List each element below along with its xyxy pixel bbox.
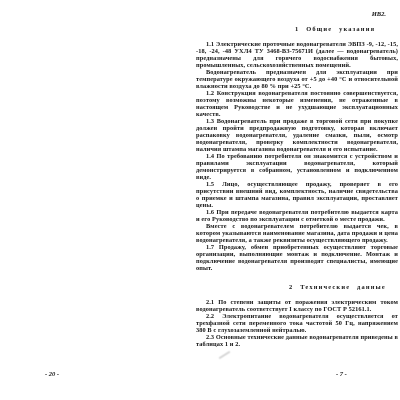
paragraph-1-3: 1.3 Водонагреватель при продаже в торгов…: [196, 118, 398, 153]
left-page-number: - 20 -: [45, 371, 59, 378]
paragraph-1-6: 1.6 При передаче водонагревателя потреби…: [196, 209, 398, 223]
document-code: ИВ2.: [372, 11, 386, 18]
paragraph-1-5: 1.5 Лицо, осуществляющее продажу, провер…: [196, 181, 398, 209]
scan-artifact-smudge: [218, 351, 230, 360]
right-page-text-column: ИВ2. 1 Общие указания 1.1 Электрические …: [196, 10, 398, 348]
section-2-body: 2.1 По степени защиты от поражения элект…: [196, 299, 398, 348]
paragraph-1-6-cont: Вместе с водонагревателем потребителю вы…: [196, 223, 398, 244]
paragraph-2-3: 2.3 Основные технические данные водонагр…: [196, 334, 398, 348]
section-1-body: 1.1 Электрические проточные водонагреват…: [196, 41, 398, 272]
paragraph-2-2: 2.2 Электропитание водонагревателя осуще…: [196, 313, 398, 334]
paragraph-1-4: 1.4 По требованию потребителя он знакоми…: [196, 153, 398, 181]
section-1-heading: 1 Общие указания: [295, 26, 398, 33]
scanned-document-spread: - 20 - ИВ2. 1 Общие указания 1.1 Электри…: [0, 0, 400, 400]
paragraph-2-1: 2.1 По степени защиты от поражения элект…: [196, 299, 398, 313]
paragraph-1-1-cont: Водонагреватель предназначен для эксплуа…: [196, 69, 398, 90]
section-2-heading: 2 Технические данные: [289, 284, 398, 291]
right-page-number: - 7 -: [336, 371, 347, 378]
paragraph-1-1: 1.1 Электрические проточные водонагреват…: [196, 41, 398, 69]
paragraph-1-7: 1.7 Продажу, обмен приобретенных осущест…: [196, 244, 398, 272]
paragraph-1-2: 1.2 Конструкция водонагревателя постоянн…: [196, 90, 398, 118]
